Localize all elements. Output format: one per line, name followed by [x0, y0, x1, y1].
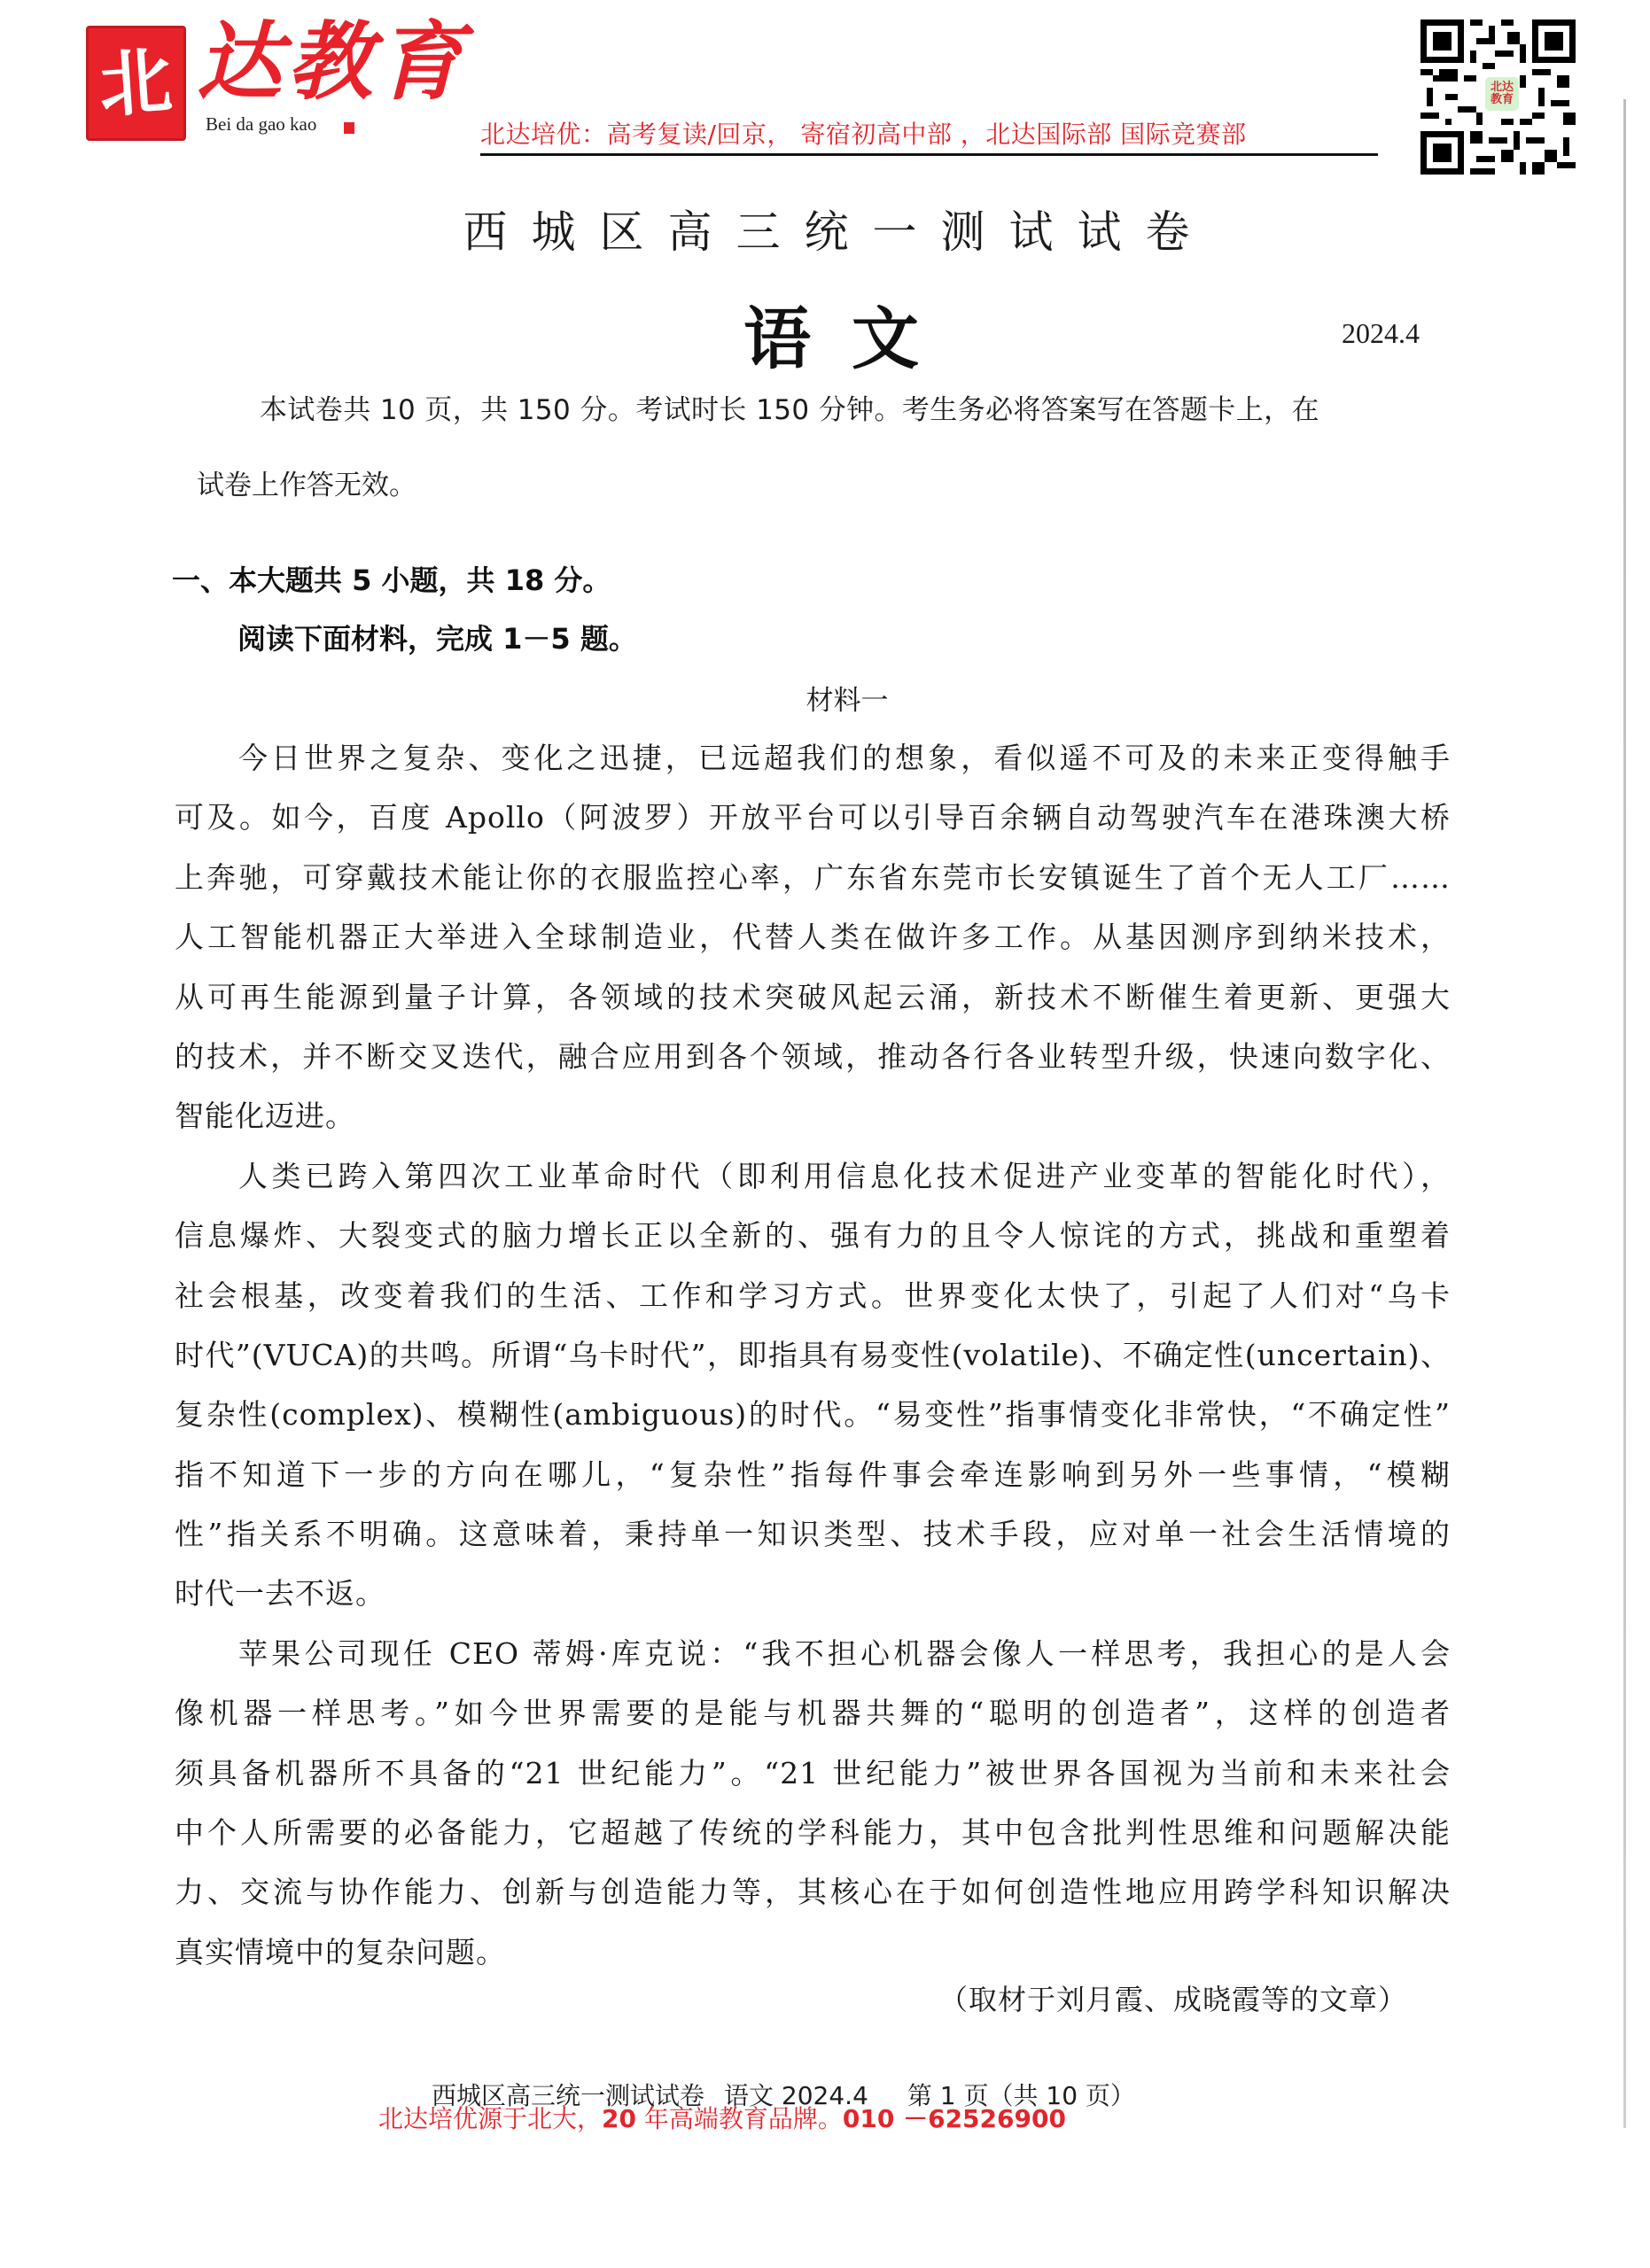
- passage-line: 上奔驰，可穿戴技术能让你的衣服监控心率，广东省东莞市长安镇诞生了首个无人工厂……: [175, 848, 1451, 907]
- passage-line: 时代”(VUCA)的共鸣。所谓“乌卡时代”，即指具有易变性(volatile)、…: [175, 1325, 1451, 1385]
- scan-edge-line: [1623, 99, 1626, 2128]
- passage-line: 指不知道下一步的方向在哪儿，“复杂性”指每件事会牵连影响到另外一些事情，“模糊: [175, 1445, 1451, 1504]
- passage-line: 像机器一样思考。”如今世界需要的是能与机器共舞的“聪明的创造者”，这样的创造者: [175, 1683, 1451, 1743]
- logo-subtitle: Bei da gao kao: [206, 113, 316, 136]
- passage-line: 力、交流与协作能力、创新与创造能力等，其核心在于如何创造性地应用跨学科知识解决: [175, 1862, 1451, 1922]
- logo-mark: 北: [86, 26, 186, 141]
- passage-line: 复杂性(complex)、模糊性(ambiguous)的时代。“易变性”指事情变…: [175, 1385, 1451, 1444]
- header-banner: 北达培优：高考复读/回京， 寄宿初高中部 ，北达国际部 国际竞赛部: [480, 115, 1247, 151]
- section-directive: 阅读下面材料，完成 1－5 题。: [237, 617, 637, 657]
- passage-body: 今日世界之复杂、变化之迅捷，已远超我们的想象，看似遥不可及的未来正变得触手 可及…: [175, 728, 1451, 1982]
- header-divider: [480, 153, 1378, 156]
- section-heading: 一、本大题共 5 小题，共 18 分。: [172, 558, 611, 599]
- passage-line: 时代一去不返。: [175, 1564, 1451, 1623]
- passage-line: 从可再生能源到量子计算，各领域的技术突破风起云涌，新技术不断催生着更新、更强大: [175, 967, 1451, 1027]
- qr-logo-badge: 北达 教育: [1485, 77, 1519, 111]
- passage-line: 人类已跨入第四次工业革命时代（即利用信息化技术促进产业变革的智能化时代），: [175, 1146, 1451, 1206]
- passage-line: 真实情境中的复杂问题。: [175, 1922, 1451, 1982]
- passage-line: 苹果公司现任 CEO 蒂姆·库克说：“我不担心机器会像人一样思考，我担心的是人会: [175, 1624, 1451, 1683]
- footer-advert: 北达培优源于北大，20 年高端教育品牌。010 －62526900: [378, 2100, 1066, 2135]
- passage-line: 可及。如今，百度 Apollo（阿波罗）开放平台可以引导百余辆自动驾驶汽车在港珠…: [175, 788, 1451, 847]
- passage-line: 中个人所需要的必备能力，它超越了传统的学科能力，其中包含批判性思维和问题解决能: [175, 1803, 1451, 1862]
- exam-date: 2024.4: [1342, 317, 1420, 350]
- passage-line: 的技术，并不断交叉迭代，融合应用到各个领域，推动各行各业转型升级，快速向数字化、: [175, 1027, 1451, 1086]
- passage-line: 社会根基，改变着我们的生活、工作和学习方式。世界变化太快了，引起了人们对“乌卡: [175, 1266, 1451, 1325]
- logo-wordmark: 达教育: [197, 19, 468, 105]
- passage-line: 人工智能机器正大举进入全球制造业，代替人类在做许多工作。从基因测序到纳米技术，: [175, 907, 1451, 967]
- passage-line: 今日世界之复杂、变化之迅捷，已远超我们的想象，看似遥不可及的未来正变得触手: [175, 728, 1451, 788]
- source-attribution: （取材于刘月霞、成晓霞等的文章）: [939, 1977, 1407, 2018]
- passage-line: 智能化迈进。: [175, 1086, 1451, 1146]
- passage-line: 信息爆炸、大裂变式的脑力增长正以全新的、强有力的且令人惊诧的方式，挑战和重塑着: [175, 1206, 1451, 1265]
- logo-mark-char: 北: [97, 44, 175, 122]
- instructions-line-1: 本试卷共 10 页，共 150 分。考试时长 150 分钟。考生务必将答案写在答…: [260, 387, 1319, 427]
- material-title: 材料一: [0, 678, 1650, 718]
- logo-square-icon: [344, 122, 354, 134]
- passage-line: 须具备机器所不具备的“21 世纪能力”。“21 世纪能力”被世界各国视为当前和未…: [175, 1744, 1451, 1803]
- passage-line: 性”指关系不明确。这意味着，秉持单一知识类型、技术手段，应对单一社会生活情境的: [175, 1504, 1451, 1564]
- footer-phone: 010 －62526900: [843, 2104, 1066, 2133]
- exam-title: 西城区高三统一测试试卷: [0, 197, 1650, 260]
- instructions-line-2: 试卷上作答无效。: [197, 462, 416, 502]
